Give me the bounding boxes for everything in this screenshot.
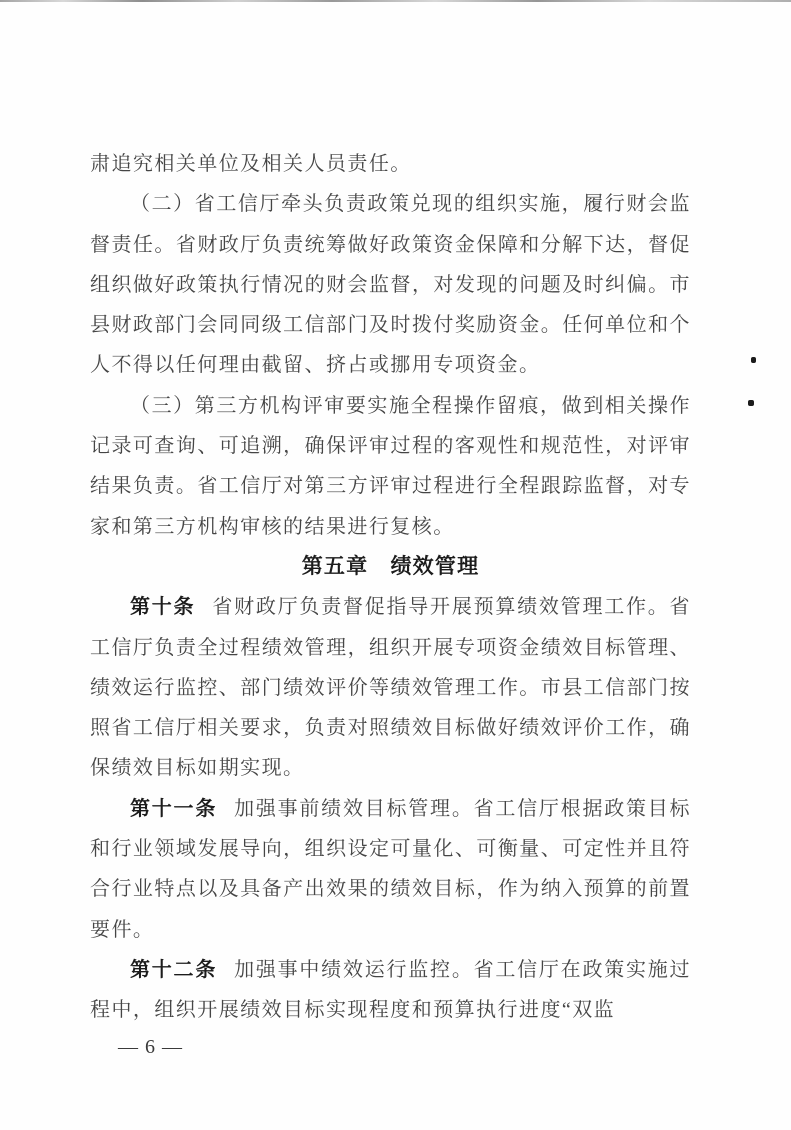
ink-speck [751,357,756,363]
article-10-label: 第十条 [130,596,195,618]
paragraph-item-3: （三）第三方机构评审要实施全程操作留痕，做到相关操作记录可查询、可追溯，确保评审… [90,386,691,547]
chapter-heading: 第五章 绩效管理 [90,547,691,587]
article-11-label: 第十一条 [130,798,217,820]
document-body: 肃追究相关单位及相关人员责任。 （二）省工信厅牵头负责政策兑现的组织实施，履行财… [90,144,691,1031]
article-12: 第十二条加强事中绩效运行监控。省工信厅在政策实施过程中，组织开展绩效目标实现程度… [90,950,691,1031]
scan-edge-artifact [0,0,791,2]
article-12-label: 第十二条 [130,959,217,981]
paragraph-item-2: （二）省工信厅牵头负责政策兑现的组织实施，履行财会监督责任。省财政厅负责统筹做好… [90,184,691,385]
document-page: 肃追究相关单位及相关人员责任。 （二）省工信厅牵头负责政策兑现的组织实施，履行财… [0,0,791,1130]
paragraph-continuation: 肃追究相关单位及相关人员责任。 [90,144,691,184]
article-10-text: 省财政厅负责督促指导开展预算绩效管理工作。省工信厅负责全过程绩效管理，组织开展专… [90,596,691,779]
article-10: 第十条省财政厅负责督促指导开展预算绩效管理工作。省工信厅负责全过程绩效管理，组织… [90,587,691,788]
page-number: — 6 — [118,1036,183,1059]
ink-speck [748,400,754,406]
article-11: 第十一条加强事前绩效目标管理。省工信厅根据政策目标和行业领域发展导向，组织设定可… [90,789,691,950]
